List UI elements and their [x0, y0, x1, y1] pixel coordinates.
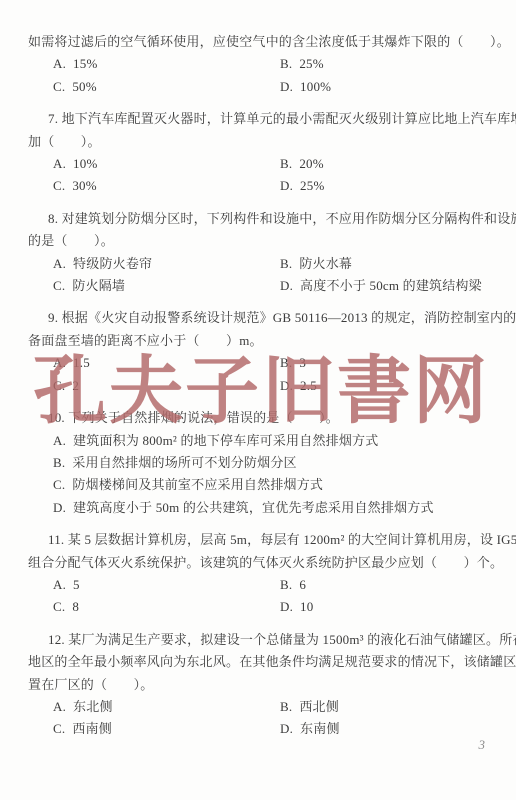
- option-text: 东北侧: [73, 699, 113, 714]
- question-block: 11. 某 5 层数据计算机房，层高 5m，每层有 1200m² 的大空间计算机…: [28, 529, 492, 619]
- question-stem-line: 备面盘至墙的距离不应小于（ ）m。: [28, 330, 492, 352]
- option-text: 西北侧: [299, 699, 339, 714]
- option-text: 50%: [72, 79, 96, 94]
- option-text: 3: [299, 355, 306, 370]
- option: B.西北侧: [280, 696, 339, 718]
- option: C.30%: [53, 175, 280, 197]
- question-stem-line: 10. 下列关于自然排烟的说法，错误的是（ ）。: [28, 407, 492, 429]
- option-text: 高度不小于 50cm 的建筑结构梁: [300, 278, 482, 293]
- option: D.100%: [280, 76, 331, 98]
- question-stem-line: 置在厂区的（ ）。: [28, 674, 492, 696]
- option-label: A.: [53, 699, 66, 714]
- option: D.高度不小于 50cm 的建筑结构梁: [280, 275, 482, 297]
- option-label: D.: [280, 599, 293, 614]
- option-label: A.: [53, 256, 66, 271]
- option-label: A.: [53, 56, 66, 71]
- option-label: A.: [53, 577, 66, 592]
- option-label: C.: [53, 79, 65, 94]
- question-block: 8. 对建筑划分防烟分区时，下列构件和设施中，不应用作防烟分区分隔构件和设施的是…: [28, 208, 492, 298]
- option-text: 防烟楼梯间及其前室不应采用自然排烟方式: [72, 477, 323, 492]
- option: C.西南侧: [53, 718, 280, 740]
- question-stem-line: 如需将过滤后的空气循环使用，应使空气中的含尘浓度低于其爆炸下限的（ ）。: [28, 31, 492, 53]
- page-number: 3: [479, 737, 486, 753]
- option-text: 东南侧: [300, 721, 340, 736]
- option-row: C.防火隔墙D.高度不小于 50cm 的建筑结构梁: [28, 275, 492, 297]
- option-label: C.: [53, 599, 65, 614]
- option-row: C.50%D.100%: [28, 76, 492, 98]
- question-stem-line: 的是（ ）。: [28, 230, 492, 252]
- scanned-exam-page: 如需将过滤后的空气循环使用，应使空气中的含尘浓度低于其爆炸下限的（ ）。A.15…: [0, 0, 516, 800]
- option: C.8: [53, 596, 280, 618]
- option-row: B.采用自然排烟的场所可不划分防烟分区: [28, 452, 492, 474]
- option-text: 特级防火卷帘: [73, 256, 152, 271]
- option-label: C.: [53, 378, 65, 393]
- option-label: D.: [280, 178, 293, 193]
- option-text: 防火隔墙: [72, 278, 125, 293]
- question-block: 12. 某厂为满足生产要求，拟建设一个总储量为 1500m³ 的液化石油气储罐区…: [28, 629, 492, 741]
- option-row: A.建筑面积为 800m² 的地下停车库可采用自然排烟方式: [28, 430, 492, 452]
- option-label: B.: [280, 56, 292, 71]
- option-row: A.特级防火卷帘B.防火水幕: [28, 253, 492, 275]
- option-label: B.: [280, 256, 292, 271]
- question-block: 10. 下列关于自然排烟的说法，错误的是（ ）。A.建筑面积为 800m² 的地…: [28, 407, 492, 519]
- option: B.采用自然排烟的场所可不划分防烟分区: [53, 455, 297, 470]
- option: C.防火隔墙: [53, 275, 280, 297]
- option-text: 采用自然排烟的场所可不划分防烟分区: [72, 455, 296, 470]
- option-label: B.: [280, 577, 292, 592]
- option-label: A.: [53, 433, 66, 448]
- option-row: C.8D.10: [28, 596, 492, 618]
- option-row: A.5B.6: [28, 574, 492, 596]
- option: A.东北侧: [53, 696, 280, 718]
- option-label: A.: [53, 156, 66, 171]
- question-stem-line: 组合分配气体灭火系统保护。该建筑的气体灭火系统防护区最少应划（ ）个。: [28, 552, 492, 574]
- option: A.特级防火卷帘: [53, 253, 280, 275]
- question-block: 7. 地下汽车库配置灭火器时，计算单元的最小需配灭火级别计算应比地上汽车库增加（…: [28, 108, 492, 198]
- option-text: 20%: [299, 156, 323, 171]
- question-stem-line: 7. 地下汽车库配置灭火器时，计算单元的最小需配灭火级别计算应比地上汽车库增: [28, 108, 492, 130]
- option: D.10: [280, 596, 313, 618]
- questions-container: 如需将过滤后的空气循环使用，应使空气中的含尘浓度低于其爆炸下限的（ ）。A.15…: [0, 0, 516, 741]
- question-stem-line: 11. 某 5 层数据计算机房，层高 5m，每层有 1200m² 的大空间计算机…: [28, 529, 492, 551]
- option-text: 西南侧: [72, 721, 112, 736]
- option-text: 25%: [299, 56, 323, 71]
- option: D.2.5: [280, 375, 317, 397]
- option-label: D.: [280, 721, 293, 736]
- option-text: 10: [300, 599, 313, 614]
- question-stem-line: 12. 某厂为满足生产要求，拟建设一个总储量为 1500m³ 的液化石油气储罐区…: [28, 629, 492, 651]
- option-text: 8: [72, 599, 79, 614]
- option: C.防烟楼梯间及其前室不应采用自然排烟方式: [53, 477, 323, 492]
- question-block: 9. 根据《火灾自动报警系统设计规范》GB 50116—2013 的规定，消防控…: [28, 307, 492, 397]
- option-row: C.2D.2.5: [28, 375, 492, 397]
- option: B.6: [280, 574, 306, 596]
- option-row: C.30%D.25%: [28, 175, 492, 197]
- option-row: C.防烟楼梯间及其前室不应采用自然排烟方式: [28, 474, 492, 496]
- option-text: 15%: [73, 56, 97, 71]
- option-text: 建筑高度小于 50m 的公共建筑，宜优先考虑采用自然排烟方式: [73, 500, 434, 515]
- question-stem-line: 8. 对建筑划分防烟分区时，下列构件和设施中，不应用作防烟分区分隔构件和设施: [28, 208, 492, 230]
- option-text: 100%: [300, 79, 331, 94]
- option: B.防火水幕: [280, 253, 352, 275]
- option-text: 6: [299, 577, 306, 592]
- option: B.3: [280, 352, 306, 374]
- option: B.20%: [280, 153, 324, 175]
- option-label: C.: [53, 721, 65, 736]
- option-row: D.建筑高度小于 50m 的公共建筑，宜优先考虑采用自然排烟方式: [28, 497, 492, 519]
- question-stem-line: 地区的全年最小频率风向为东北风。在其他条件均满足规范要求的情况下，该储罐区宜布: [28, 651, 492, 673]
- option: A.5: [53, 574, 280, 596]
- option-label: B.: [53, 455, 65, 470]
- option-label: D.: [53, 500, 66, 515]
- option-label: B.: [280, 355, 292, 370]
- option: B.25%: [280, 53, 324, 75]
- option: D.东南侧: [280, 718, 340, 740]
- option-row: C.西南侧D.东南侧: [28, 718, 492, 740]
- option: D.25%: [280, 175, 324, 197]
- option-row: A.1.5B.3: [28, 352, 492, 374]
- option: A.10%: [53, 153, 280, 175]
- option-text: 30%: [72, 178, 96, 193]
- option-row: A.东北侧B.西北侧: [28, 696, 492, 718]
- option-text: 1.5: [73, 355, 90, 370]
- option-label: C.: [53, 178, 65, 193]
- option: C.50%: [53, 76, 280, 98]
- option-label: C.: [53, 278, 65, 293]
- option-text: 2: [72, 378, 79, 393]
- question-stem-line: 9. 根据《火灾自动报警系统设计规范》GB 50116—2013 的规定，消防控…: [28, 307, 492, 329]
- option: D.建筑高度小于 50m 的公共建筑，宜优先考虑采用自然排烟方式: [53, 500, 434, 515]
- option-label: B.: [280, 156, 292, 171]
- option: A.建筑面积为 800m² 的地下停车库可采用自然排烟方式: [53, 433, 378, 448]
- option-text: 10%: [73, 156, 97, 171]
- option: C.2: [53, 375, 280, 397]
- option-label: B.: [280, 699, 292, 714]
- option-label: C.: [53, 477, 65, 492]
- option-text: 建筑面积为 800m² 的地下停车库可采用自然排烟方式: [73, 433, 378, 448]
- option-label: A.: [53, 355, 66, 370]
- option-label: D.: [280, 278, 293, 293]
- option: A.1.5: [53, 352, 280, 374]
- question-stem-line: 加（ ）。: [28, 131, 492, 153]
- option: A.15%: [53, 53, 280, 75]
- option-row: A.15%B.25%: [28, 53, 492, 75]
- option-text: 2.5: [300, 378, 317, 393]
- option-label: D.: [280, 79, 293, 94]
- question-block: 如需将过滤后的空气循环使用，应使空气中的含尘浓度低于其爆炸下限的（ ）。A.15…: [28, 31, 492, 98]
- option-label: D.: [280, 378, 293, 393]
- option-text: 25%: [300, 178, 324, 193]
- option-text: 5: [73, 577, 80, 592]
- option-text: 防火水幕: [299, 256, 352, 271]
- option-row: A.10%B.20%: [28, 153, 492, 175]
